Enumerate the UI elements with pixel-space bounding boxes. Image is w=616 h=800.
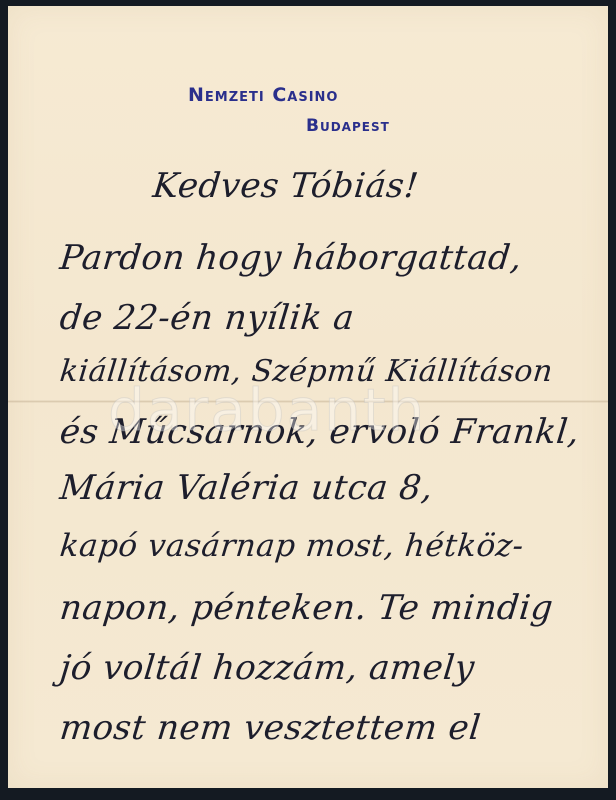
letter-line: kapó vasárnap most, hétköz-	[58, 528, 525, 564]
scan-frame: Nemzeti Casino Budapest Kedves Tóbiás! P…	[0, 0, 616, 800]
letterhead-city: Budapest	[306, 116, 390, 136]
letter-line: és Műcsarnok, ervoló Frankl,	[58, 412, 581, 452]
letter-line: Mária Valéria utca 8,	[58, 468, 435, 508]
letter-line: kiállításom, Szépmű Kiállításon	[58, 354, 555, 389]
letter-line: jó voltál hozzám, amely	[58, 648, 477, 688]
salutation-line: Kedves Tóbiás!	[151, 166, 421, 206]
letter-line: napon, pénteken. Te mindig	[58, 588, 555, 628]
paper-fold-crease	[8, 400, 608, 403]
letter-line: most nem vesztettem el	[58, 708, 483, 748]
letterhead-name: Nemzeti Casino	[188, 84, 338, 106]
letter-line: Pardon hogy háborgattad,	[58, 238, 524, 278]
letter-line: de 22-én nyílik a	[58, 298, 356, 338]
letter-paper: Nemzeti Casino Budapest Kedves Tóbiás! P…	[8, 6, 608, 788]
